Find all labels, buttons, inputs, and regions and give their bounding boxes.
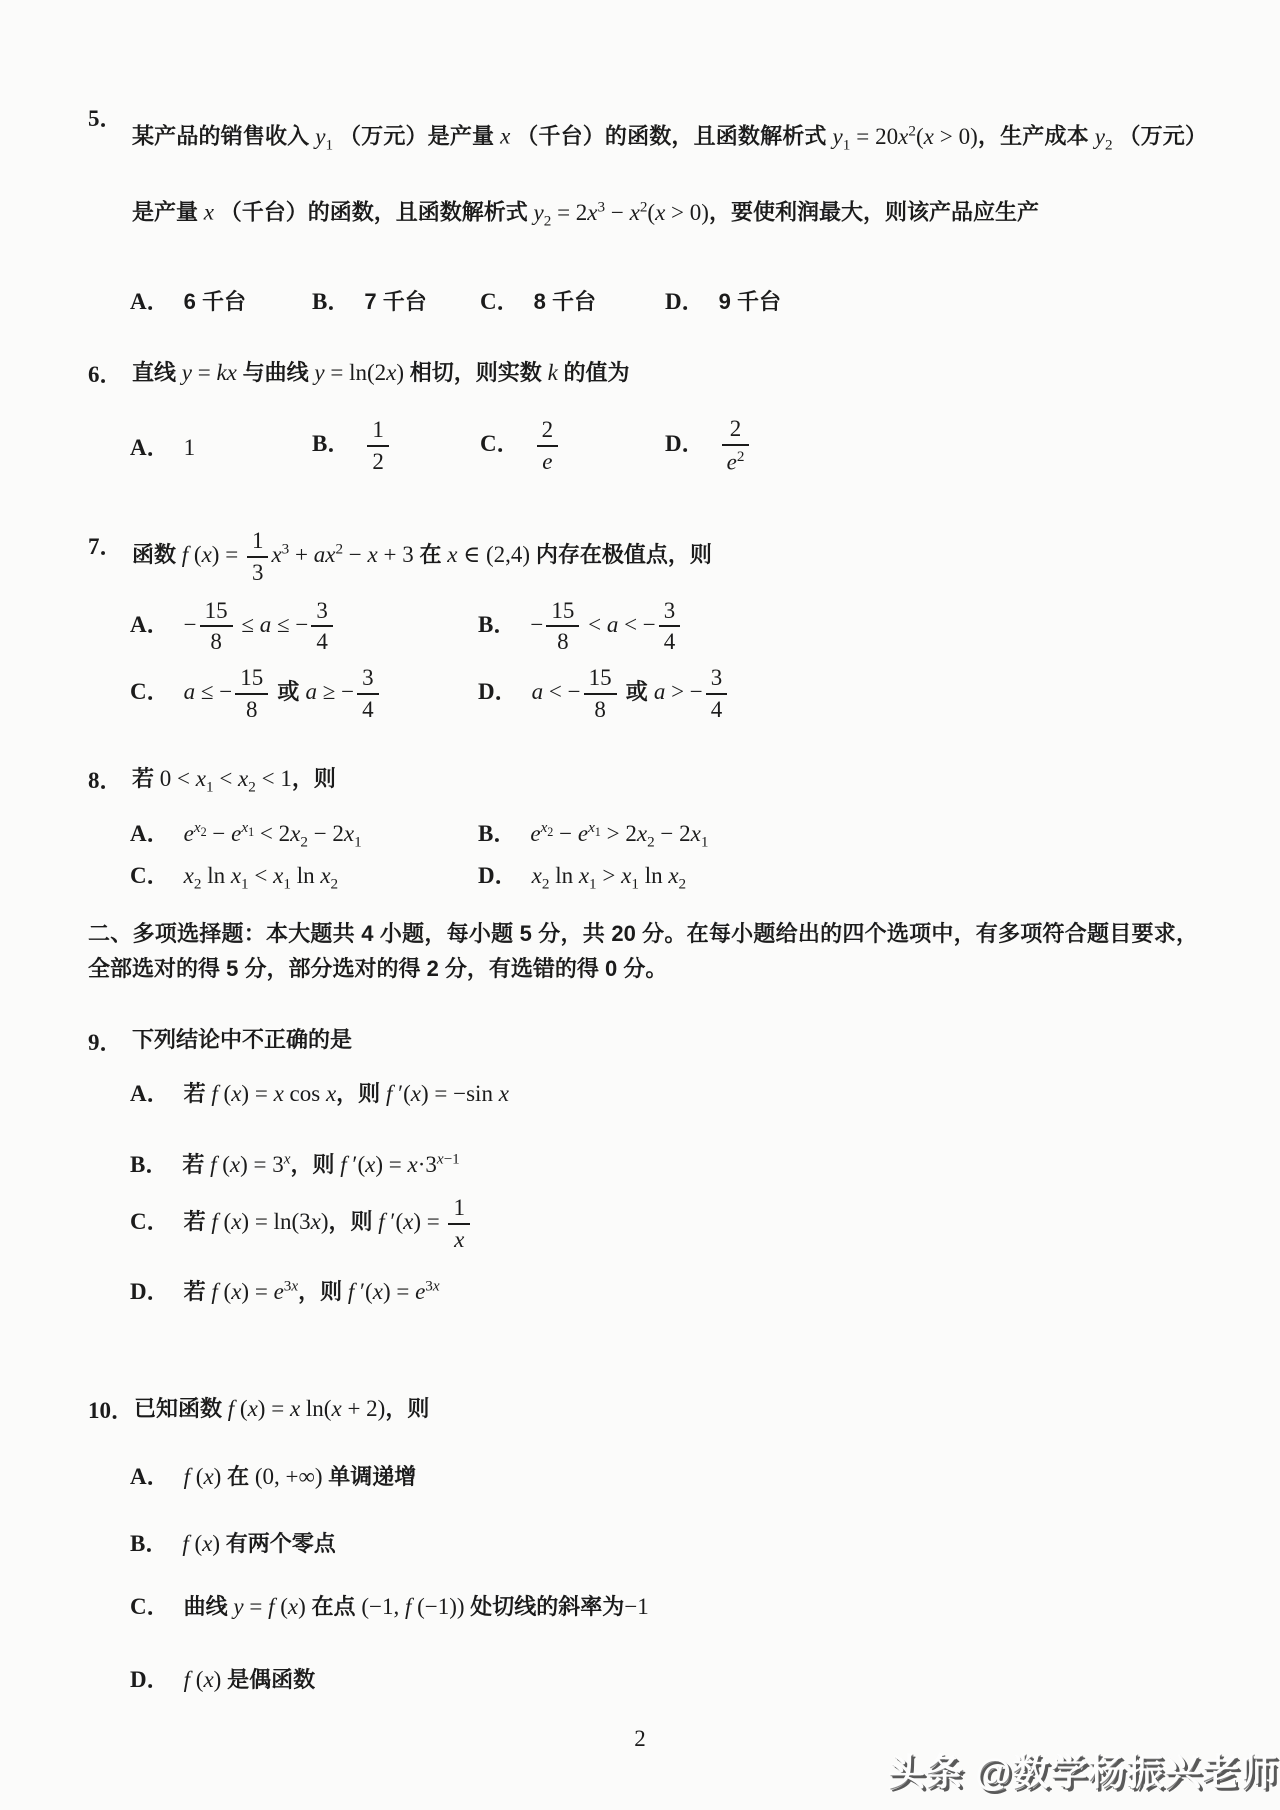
option-label: C． xyxy=(130,1594,170,1619)
question-number: 10． xyxy=(88,1392,134,1425)
option-text: ex2 − ex1 < 2x2 − 2x1 xyxy=(184,821,362,846)
question-9: 9． 下列结论中不正确的是 A．若 f (x) = x cos x，则 f ′(… xyxy=(88,1024,1196,1306)
option-text: ex2 − ex1 > 2x2 − 2x1 xyxy=(530,821,708,846)
option-text: 8 千台 xyxy=(534,289,596,314)
question-9-head: 9． 下列结论中不正确的是 xyxy=(88,1024,1196,1057)
option-text: x2 ln x1 < x1 ln x2 xyxy=(184,863,339,888)
question-5-options: A．6 千台 B．7 千台 C．8 千台 D．9 千台 xyxy=(130,283,1196,316)
option-text: x2 ln x1 > x1 ln x2 xyxy=(532,863,687,888)
question-8-options: A．ex2 − ex1 < 2x2 − 2x1 B．ex2 − ex1 > 2x… xyxy=(130,815,1196,894)
option-b: B．ex2 − ex1 > 2x2 − 2x1 xyxy=(478,815,1196,852)
option-text: 2e xyxy=(534,431,562,456)
option-a: A．若 f (x) = x cos x，则 f ′(x) = −sin x xyxy=(130,1075,1196,1108)
option-d: D．f (x) 是偶函数 xyxy=(130,1661,1196,1694)
question-6-options: A．1 B．12 C．2e D．2e2 xyxy=(130,416,1196,475)
option-c: C．2e xyxy=(480,417,665,475)
question-number: 9． xyxy=(88,1024,132,1057)
watermark-text: 头条 @数学杨振兴老师 xyxy=(888,1742,1278,1796)
option-label: B． xyxy=(130,1531,168,1556)
question-stem: 直线 y = kx 与曲线 y = ln(2x) 相切，则实数 k 的值为 xyxy=(132,356,1196,390)
option-a: A．ex2 − ex1 < 2x2 − 2x1 xyxy=(130,815,478,852)
option-label: D． xyxy=(130,1279,170,1304)
question-7-head: 7． 函数 f (x) = 13x3 + ax2 − x + 3 在 x ∈ (… xyxy=(88,528,1196,586)
option-text: a ≤ −158 或 a ≥ −34 xyxy=(184,679,382,704)
question-stem: 某产品的销售收入 y1 （万元）是产量 x （千台）的函数，且函数解析式 y1 … xyxy=(132,100,1196,253)
option-c: C．x2 ln x1 < x1 ln x2 xyxy=(130,857,478,894)
option-text: 若 f (x) = x cos x，则 f ′(x) = −sin x xyxy=(184,1081,509,1106)
question-number: 8． xyxy=(88,762,132,795)
option-d: D．a < −158 或 a > −34 xyxy=(478,665,1196,723)
question-10-options: A．f (x) 在 (0, +∞) 单调递增 B．f (x) 有两个零点 C．曲… xyxy=(130,1458,1196,1694)
option-label: D． xyxy=(478,863,518,888)
option-label: A． xyxy=(130,289,170,314)
option-text: 若 f (x) = 3x，则 f ′(x) = x·3x−1 xyxy=(182,1152,459,1177)
option-text: −158 ≤ a ≤ −34 xyxy=(184,612,336,637)
question-8-head: 8． 若 0 < x1 < x2 < 1，则 xyxy=(88,762,1196,805)
question-5-head: 5． 某产品的销售收入 y1 （万元）是产量 x （千台）的函数，且函数解析式 … xyxy=(88,100,1196,253)
section-2-heading: 二、多项选择题：本大题共 4 小题，每小题 5 分，共 20 分。在每小题给出的… xyxy=(88,916,1198,986)
question-8: 8． 若 0 < x1 < x2 < 1，则 A．ex2 − ex1 < 2x2… xyxy=(88,762,1196,894)
question-number: 6． xyxy=(88,356,132,389)
option-d: D．x2 ln x1 > x1 ln x2 xyxy=(478,857,1196,894)
option-label: A． xyxy=(130,1464,170,1489)
option-label: B． xyxy=(312,289,350,314)
question-10-head: 10． 已知函数 f (x) = x ln(x + 2)，则 xyxy=(88,1392,1196,1426)
exam-page: 5． 某产品的销售收入 y1 （万元）是产量 x （千台）的函数，且函数解析式 … xyxy=(0,0,1280,1810)
option-label: D． xyxy=(130,1667,170,1692)
option-b: B．−158 < a < −34 xyxy=(478,598,1196,656)
option-b: B．12 xyxy=(312,417,480,475)
question-9-options: A．若 f (x) = x cos x，则 f ′(x) = −sin x B．… xyxy=(130,1075,1196,1306)
option-label: D． xyxy=(665,431,705,456)
option-a: A．f (x) 在 (0, +∞) 单调递增 xyxy=(130,1458,1196,1491)
option-text: f (x) 是偶函数 xyxy=(184,1667,315,1692)
option-label: C． xyxy=(130,1209,170,1234)
option-label: B． xyxy=(312,431,350,456)
option-label: D． xyxy=(478,679,518,704)
option-text: 6 千台 xyxy=(184,289,246,314)
option-text: 1 xyxy=(184,435,196,460)
option-text: −158 < a < −34 xyxy=(530,612,683,637)
question-stem: 若 0 < x1 < x2 < 1，则 xyxy=(132,762,1196,805)
option-b: B．f (x) 有两个零点 xyxy=(130,1525,1196,1558)
option-label: B． xyxy=(130,1152,168,1177)
option-label: C． xyxy=(130,863,170,888)
option-label: A． xyxy=(130,435,170,460)
option-c: C．若 f (x) = ln(3x)，则 f ′(x) = 1x xyxy=(130,1195,1196,1253)
option-text: f (x) 有两个零点 xyxy=(182,1531,335,1556)
option-text: 7 千台 xyxy=(364,289,426,314)
question-7-options: A．−158 ≤ a ≤ −34 B．−158 < a < −34 C．a ≤ … xyxy=(130,598,1196,723)
option-b: B．若 f (x) = 3x，则 f ′(x) = x·3x−1 xyxy=(130,1146,1196,1179)
option-label: A． xyxy=(130,821,170,846)
option-label: C． xyxy=(480,431,520,456)
option-text: 曲线 y = f (x) 在点 (−1, f (−1)) 处切线的斜率为−1 xyxy=(184,1594,649,1619)
option-b: B．7 千台 xyxy=(312,283,480,316)
option-c: C．8 千台 xyxy=(480,283,665,316)
option-text: f (x) 在 (0, +∞) 单调递增 xyxy=(184,1464,417,1489)
option-a: A．1 xyxy=(130,429,312,462)
option-text: 9 千台 xyxy=(719,289,781,314)
question-stem: 已知函数 f (x) = x ln(x + 2)，则 xyxy=(134,1392,1196,1426)
question-number: 7． xyxy=(88,528,132,561)
option-label: B． xyxy=(478,612,516,637)
option-text: 12 xyxy=(364,431,392,456)
option-label: C． xyxy=(130,679,170,704)
option-text: a < −158 或 a > −34 xyxy=(532,679,731,704)
question-6: 6． 直线 y = kx 与曲线 y = ln(2x) 相切，则实数 k 的值为… xyxy=(88,356,1196,475)
question-7: 7． 函数 f (x) = 13x3 + ax2 − x + 3 在 x ∈ (… xyxy=(88,528,1196,723)
question-5: 5． 某产品的销售收入 y1 （万元）是产量 x （千台）的函数，且函数解析式 … xyxy=(88,100,1196,316)
option-c: C．a ≤ −158 或 a ≥ −34 xyxy=(130,665,478,723)
option-d: D．9 千台 xyxy=(665,283,781,316)
option-a: A．−158 ≤ a ≤ −34 xyxy=(130,598,478,656)
question-6-head: 6． 直线 y = kx 与曲线 y = ln(2x) 相切，则实数 k 的值为 xyxy=(88,356,1196,390)
option-d: D．2e2 xyxy=(665,416,752,475)
option-c: C．曲线 y = f (x) 在点 (−1, f (−1)) 处切线的斜率为−1 xyxy=(130,1588,1196,1621)
question-stem: 下列结论中不正确的是 xyxy=(132,1024,1196,1056)
option-d: D．若 f (x) = e3x，则 f ′(x) = e3x xyxy=(130,1273,1196,1306)
option-label: C． xyxy=(480,289,520,314)
option-label: D． xyxy=(665,289,705,314)
option-text: 若 f (x) = ln(3x)，则 f ′(x) = 1x xyxy=(184,1209,473,1234)
option-label: A． xyxy=(130,612,170,637)
question-stem: 函数 f (x) = 13x3 + ax2 − x + 3 在 x ∈ (2,4… xyxy=(132,528,1196,586)
option-label: B． xyxy=(478,821,516,846)
option-a: A．6 千台 xyxy=(130,283,312,316)
option-label: A． xyxy=(130,1081,170,1106)
question-10: 10． 已知函数 f (x) = x ln(x + 2)，则 A．f (x) 在… xyxy=(88,1392,1196,1694)
option-text: 若 f (x) = e3x，则 f ′(x) = e3x xyxy=(184,1279,440,1304)
option-text: 2e2 xyxy=(719,431,753,456)
question-number: 5． xyxy=(88,100,132,133)
